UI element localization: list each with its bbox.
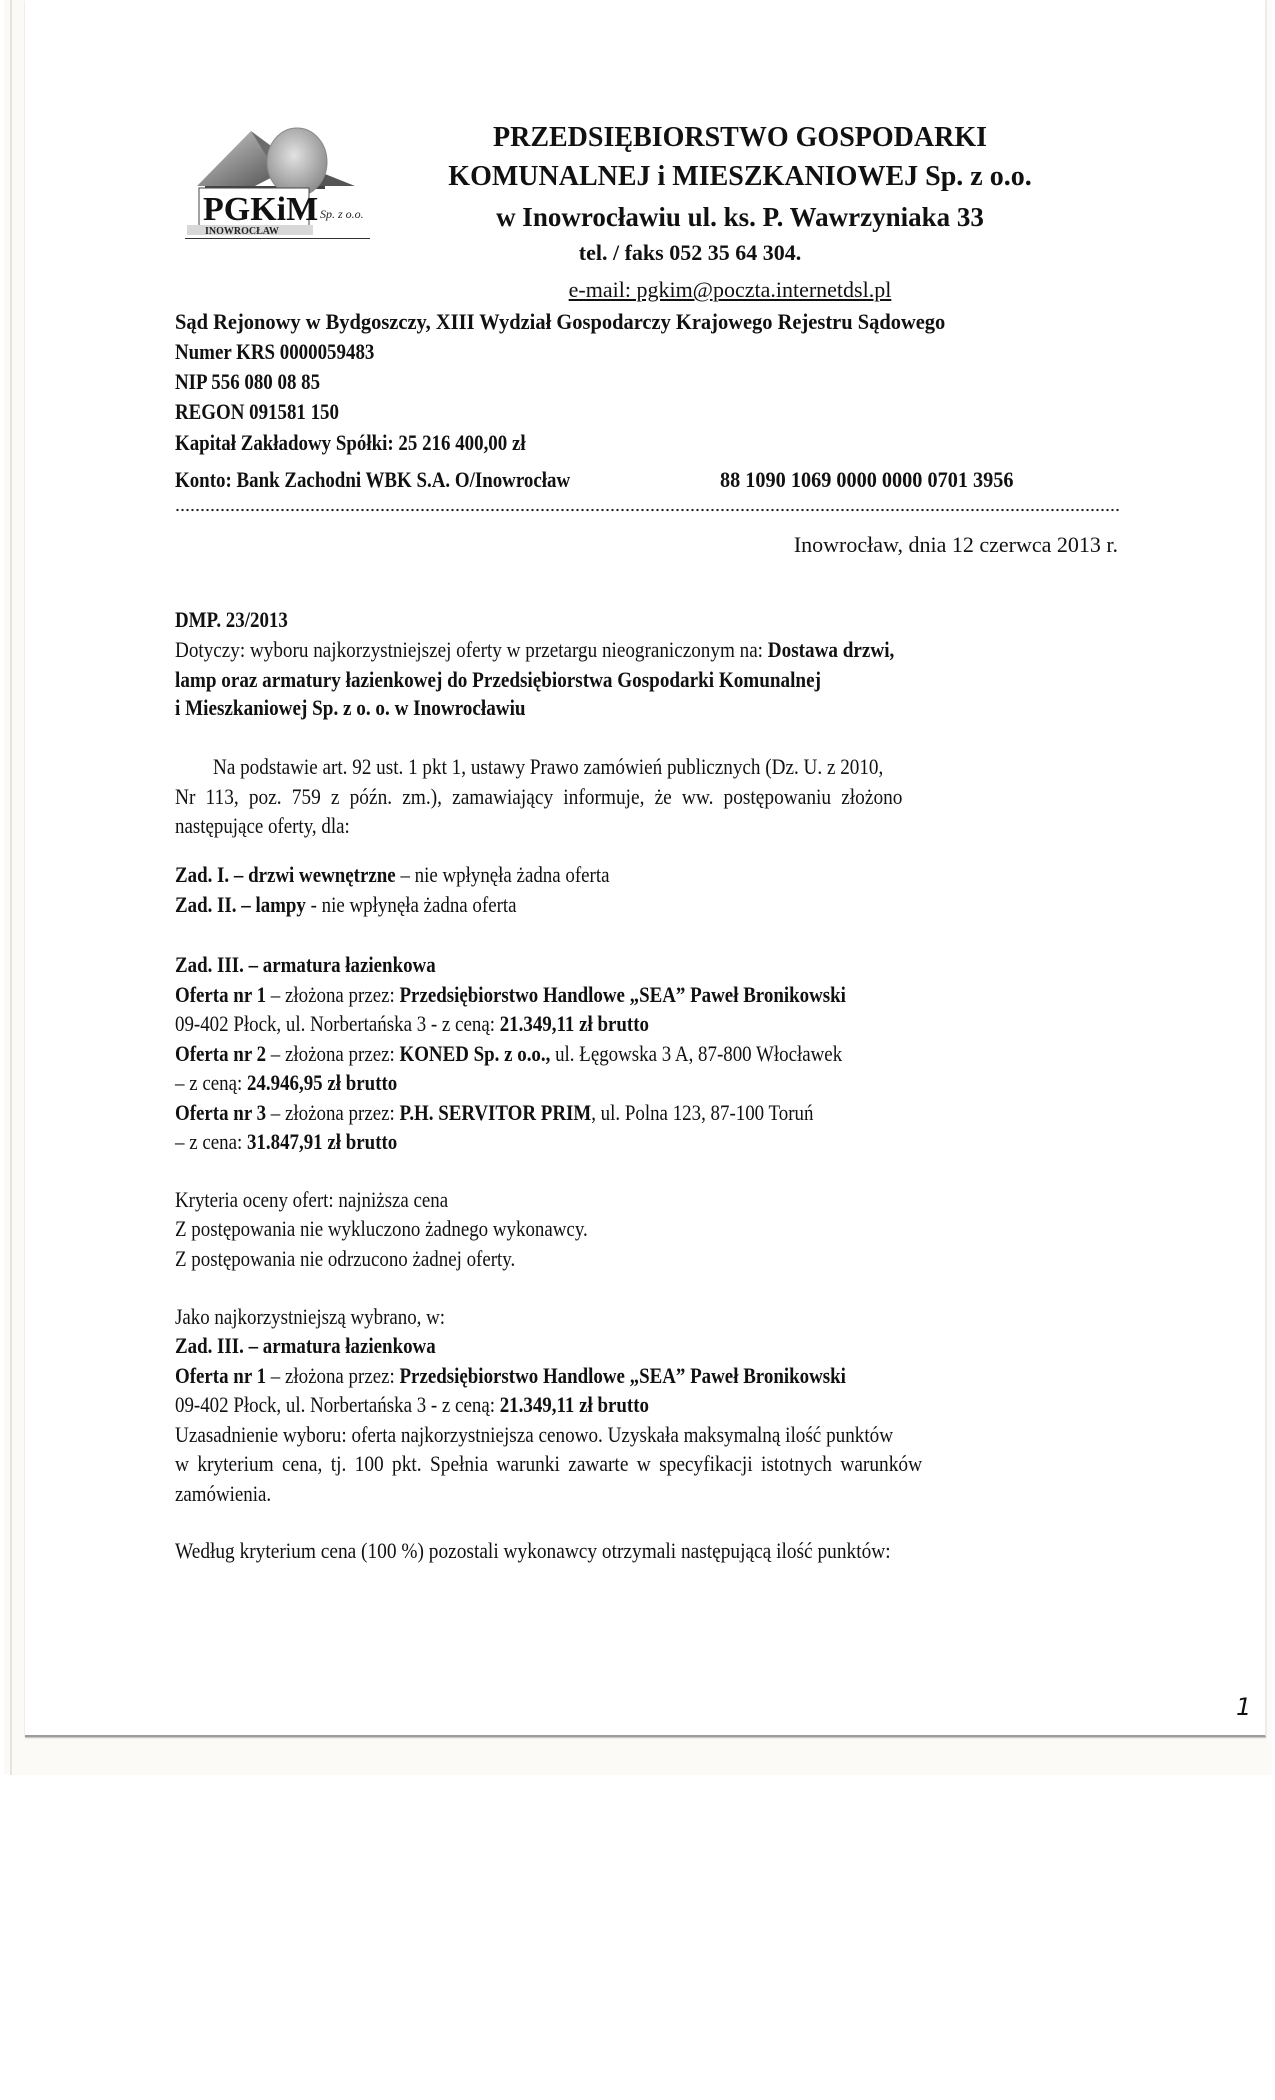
offer-2: Oferta nr 2 – złożona przez: KONED Sp. z… — [175, 1040, 951, 1068]
page-number: 1 — [1236, 1693, 1251, 1721]
subject-line3: i Mieszkaniowej Sp. z o. o. w Inowrocław… — [175, 694, 578, 722]
offer-1-address: 09-402 Płock, ul. Norbertańska 3 - z cen… — [175, 1010, 726, 1038]
justification-line3: zamówienia. — [175, 1480, 287, 1508]
registry-account: Konto: Bank Zachodni WBK S.A. O/Inowrocł… — [175, 466, 634, 494]
company-address: w Inowrocławiu ul. ks. P. Wawrzyniaka 33 — [440, 202, 1040, 233]
company-phone: tel. / faks 052 35 64 304. — [390, 240, 990, 266]
company-name-line2: KOMUNALNEJ i MIESZKANIOWEJ Sp. z o.o. — [440, 161, 1040, 193]
offer-3-price: – z cena: 31.847,91 zł brutto — [175, 1128, 433, 1156]
offer-1: Oferta nr 1 – złożona przez: Przedsiębio… — [175, 981, 955, 1009]
dotted-separator — [175, 507, 1119, 513]
svg-text:PGKiM: PGKiM — [203, 191, 318, 228]
justification-line2: w kryterium cena, tj. 100 pkt. Spełnia w… — [175, 1450, 1024, 1478]
document-date: Inowrocław, dnia 12 czerwca 2013 r. — [794, 532, 1118, 558]
registry-regon: REGON 091581 150 — [175, 398, 366, 426]
registry-capital: Kapitał Zakładowy Spółki: 25 216 400,00 … — [175, 429, 583, 457]
company-name-line1: PRZEDSIĘBIORSTWO GOSPODARKI — [440, 122, 1040, 154]
subject-line1: Dotyczy: wyboru najkorzystniejszej ofert… — [175, 636, 1002, 664]
intro-line3: następujące oferty, dla: — [175, 812, 378, 840]
registry-krs: Numer KRS 0000059483 — [175, 338, 407, 366]
criteria-line1: Kryteria oceny ofert: najniższa cena — [175, 1186, 493, 1214]
svg-text:Sp. z o.o.: Sp. z o.o. — [320, 207, 364, 221]
svg-text:INOWROCŁAW: INOWROCŁAW — [205, 226, 279, 237]
offer-3: Oferta nr 3 – złożona przez: P.H. SERVIT… — [175, 1099, 917, 1127]
justification-line1: Uzasadnienie wyboru: oferta najkorzystni… — [175, 1421, 1000, 1449]
selection-intro: Jako najkorzystniejszą wybrano, w: — [175, 1303, 489, 1331]
registry-nip: NIP 556 080 08 85 — [175, 368, 344, 396]
criteria-line2: Z postępowania nie wykluczono żadnego wy… — [175, 1215, 655, 1243]
task-3-title: Zad. III. – armatura łazienkowa — [175, 951, 478, 979]
selection-task: Zad. III. – armatura łazienkowa — [175, 1332, 478, 1360]
scan-edge — [10, 0, 12, 1775]
task-2: Zad. II. – lampy - nie wpłynęła żadna of… — [175, 891, 572, 919]
subject-line2: lamp oraz armatury łazienkowej do Przeds… — [175, 666, 917, 694]
offer-2-price: – z ceną: 24.946,95 zł brutto — [175, 1069, 433, 1097]
points-intro: Według kryterium cena (100 %) pozostali … — [175, 1537, 988, 1565]
logo-house-tree-icon: PGKiM INOWROCŁAW Sp. z o.o. — [185, 120, 375, 245]
company-logo: PGKiM INOWROCŁAW Sp. z o.o. — [185, 120, 375, 245]
task-1: Zad. I. – drzwi wewnętrzne – nie wpłynęł… — [175, 861, 680, 889]
logo-underline — [185, 238, 370, 239]
reference-number: DMP. 23/2013 — [175, 606, 306, 634]
registry-court: Sąd Rejonowy w Bydgoszczy, XIII Wydział … — [175, 308, 1003, 336]
intro-line2: Nr 113, poz. 759 z późn. zm.), zamawiają… — [175, 783, 1002, 811]
company-email[interactable]: e-mail: pgkim@poczta.internetdsl.pl — [430, 277, 1030, 303]
criteria-line3: Z postępowania nie odrzucono żadnej ofer… — [175, 1245, 571, 1273]
intro-line1: Na podstawie art. 92 ust. 1 pkt 1, ustaw… — [213, 753, 983, 781]
selection-offer: Oferta nr 1 – złożona przez: Przedsiębio… — [175, 1362, 955, 1390]
registry-account-number: 88 1090 1069 0000 0000 0701 3956 — [720, 466, 1039, 494]
email-link[interactable]: e-mail: pgkim@poczta.internetdsl.pl — [569, 277, 892, 302]
selection-offer-address: 09-402 Płock, ul. Norbertańska 3 - z cen… — [175, 1391, 726, 1419]
